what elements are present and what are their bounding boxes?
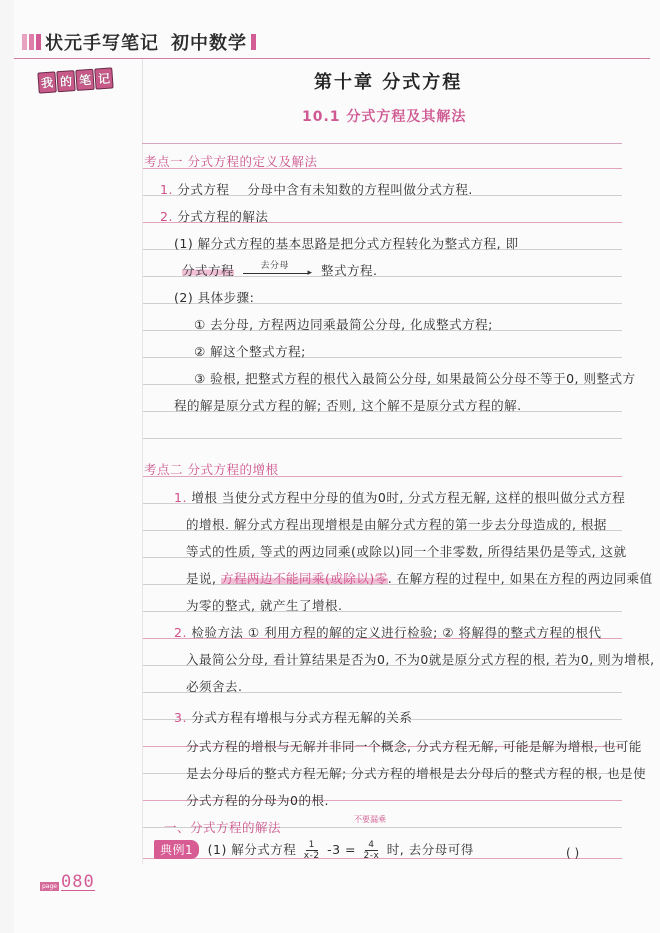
- example-text: (1) 解分式方程: [208, 842, 297, 857]
- extraneous-root-line-5: 为零的整式, 就产生了增根.: [186, 596, 342, 614]
- page-tag: page: [40, 882, 59, 891]
- basic-idea-line: (1) 解分式方程的基本思路是把分式方程转化为整式方程, 即: [174, 234, 519, 252]
- check-method-line-1: 2. 检验方法 ① 利用方程的解的定义进行检验; ② 将解得的整式方程的根代: [174, 623, 601, 641]
- text: . 在解方程的过程中, 如果在方程的两边同乘值: [388, 571, 653, 586]
- steps-title: (2) 具体步骤:: [174, 288, 254, 306]
- badge-char: 我: [37, 71, 56, 93]
- chapter-title: 第十章 分式方程: [314, 68, 462, 94]
- check-method-line-2: 入最简公分母, 看计算结果是否为0, 不为0就是原分式方程的根, 若为0, 则为…: [186, 650, 655, 668]
- example-1-line: 典例1 (1) 解分式方程 1 x-2 -3 = 4 2-x 时, 去分母可得: [154, 840, 474, 861]
- key-point-1-title: 考点一 分式方程的定义及解法: [144, 152, 317, 170]
- extraneous-root-line-4: 是说, 方程两边不能同乘(或除以)零. 在解方程的过程中, 如果在方程的两边同乘…: [186, 569, 653, 587]
- badge-char: 的: [56, 70, 75, 92]
- numerator: 1: [306, 840, 318, 851]
- fraction: 1 x-2: [304, 840, 320, 861]
- example-text: 时, 去分母可得: [387, 842, 474, 857]
- relation-line-2: 是去分母后的整式方程无解; 分式方程的增根是去分母后的整式方程的根, 也是使: [186, 764, 646, 782]
- subtitle: 分式方程的解法: [177, 209, 268, 224]
- item-number: 2.: [174, 625, 187, 640]
- header-divider: [14, 58, 650, 59]
- denominator: 2-x: [364, 851, 380, 861]
- step-3: ③ 验根, 把整式方程的根代入最简公分母, 如果最简公分母不等于0, 则整式方: [194, 369, 635, 387]
- book-subject: 初中数学: [171, 29, 247, 55]
- relation-title: 3. 分式方程有增根与分式方程无解的关系: [174, 708, 412, 726]
- solving-method-title: 2. 分式方程的解法: [160, 207, 268, 225]
- definition-text: 分母中含有未知数的方程叫做分式方程.: [247, 182, 472, 197]
- extraneous-root-line-1: 1. 增根 当使分式方程中分母的值为0时, 分式方程无解, 这样的根叫做分式方程: [174, 488, 625, 506]
- item-number: 1.: [160, 182, 173, 197]
- section-title: 10.1 分式方程及其解法: [302, 106, 466, 126]
- conversion-flow: 分式方程 去分母 ▸ 整式方程.: [182, 261, 377, 279]
- page-number-value: 080: [61, 874, 95, 891]
- example-text: -3 =: [327, 842, 356, 857]
- text: 是说,: [186, 571, 221, 586]
- relation-line-1: 分式方程的增根与无解并非同一个概念, 分式方程无解, 可能是解为增根, 也可能: [186, 737, 642, 755]
- badge-char: 笔: [75, 69, 94, 91]
- header-decor-bars: [22, 34, 41, 50]
- step-2: ② 解这个整式方程;: [194, 342, 306, 360]
- answer-blank: ( ): [566, 846, 579, 860]
- flow-to: 整式方程.: [321, 263, 377, 278]
- paragraph-text: 增根 当使分式方程中分母的值为0时, 分式方程无解, 这样的根叫做分式方程: [191, 490, 625, 505]
- relation-line-3: 分式方程的分母为0的根.: [186, 791, 329, 809]
- item-number: 3.: [174, 710, 187, 725]
- badge-char: 记: [94, 67, 113, 89]
- notebook-page: 状元手写笔记 初中数学 我 的 笔 记 第十章 分式方程 10.1 分式方程及其…: [14, 0, 660, 933]
- extraneous-root-line-3: 等式的性质, 等式的两边同乘(或除以)同一个非零数, 所得结果仍是等式, 这就: [186, 542, 627, 560]
- numerator: 4: [365, 840, 377, 851]
- heading-divider: [142, 143, 622, 144]
- example-badge: 典例1: [154, 840, 199, 859]
- term: 分式方程: [177, 182, 229, 197]
- definition-line: 1. 分式方程 分母中含有未知数的方程叫做分式方程.: [160, 180, 473, 198]
- item-number: 2.: [160, 209, 173, 224]
- subtitle: 分式方程有增根与分式方程无解的关系: [191, 710, 412, 725]
- part-1-title: 一、分式方程的解法: [164, 818, 281, 836]
- extraneous-root-line-2: 的增根. 解分式方程出现增根是由解分式方程的第一步去分母造成的, 根据: [186, 515, 607, 533]
- denominator: x-2: [304, 851, 320, 861]
- header-end-bar: [251, 34, 256, 50]
- fraction: 4 2-x: [364, 840, 380, 861]
- check-method-line-3: 必须舍去.: [186, 677, 242, 695]
- arrow-label: 去分母: [261, 258, 290, 271]
- margin-line: [142, 144, 143, 864]
- my-notes-badge: 我 的 笔 记: [37, 67, 113, 93]
- book-title: 状元手写笔记: [45, 29, 159, 55]
- item-number: 1.: [174, 490, 187, 505]
- flow-from: 分式方程: [182, 263, 234, 278]
- annotation-note: 不要漏乘: [354, 814, 386, 825]
- page-number: page 080: [40, 874, 95, 891]
- key-point-2-title: 考点二 分式方程的增根: [144, 460, 278, 478]
- arrow-right-icon: 去分母 ▸: [243, 266, 313, 278]
- book-header: 状元手写笔记 初中数学: [22, 30, 256, 54]
- paragraph-text: 检验方法 ① 利用方程的解的定义进行检验; ② 将解得的整式方程的根代: [191, 625, 601, 640]
- step-3-cont: 程的解是原分式方程的解; 否则, 这个解不是原分式方程的解.: [174, 396, 522, 414]
- step-1: ① 去分母, 方程两边同乘最简公分母, 化成整式方程;: [194, 315, 493, 333]
- highlighted-text: 方程两边不能同乘(或除以)零: [221, 571, 388, 586]
